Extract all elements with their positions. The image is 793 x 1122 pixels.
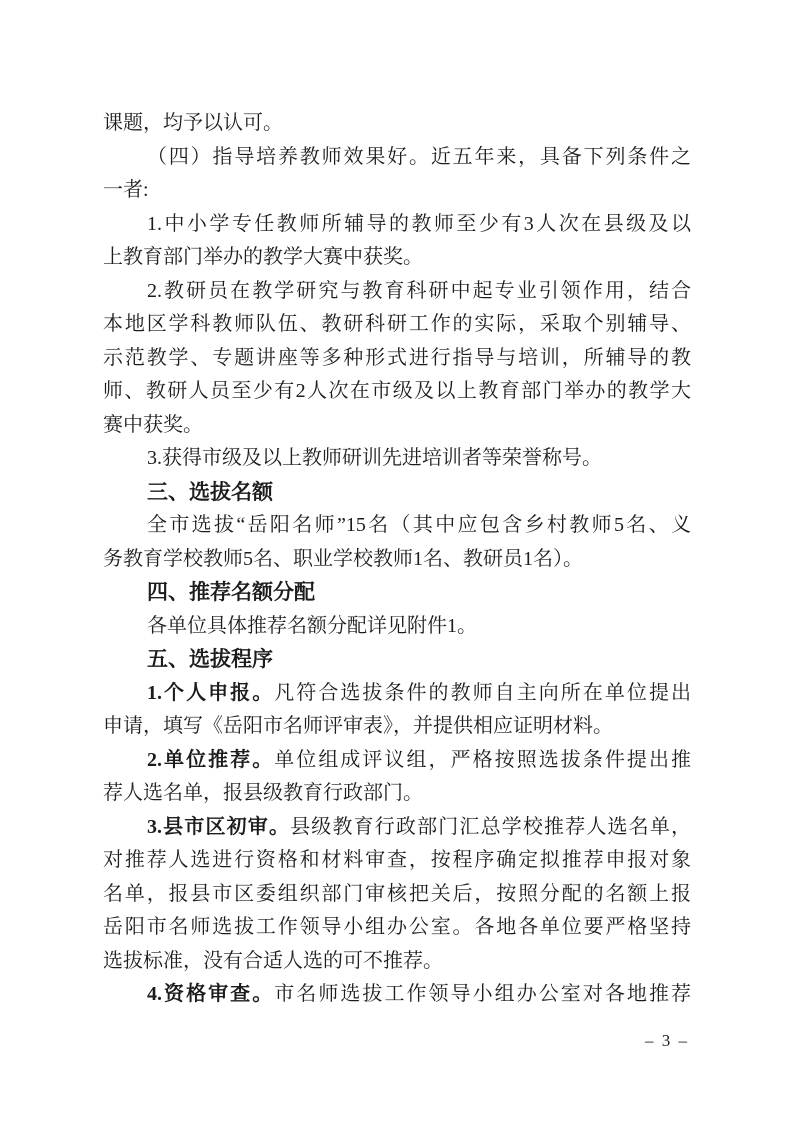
text-line: （四）指导培养教师效果好。近五年来，具备下列条件之	[103, 141, 691, 175]
text-line: 4.资格审查。市名师选拔工作领导小组办公室对各地推荐	[103, 978, 691, 1012]
document-page: 课题，均予以认可。 （四）指导培养教师效果好。近五年来，具备下列条件之 一者: …	[0, 0, 793, 1122]
text-line: 2.教研员在教学研究与教育科研中起专业引领作用，结合	[103, 275, 691, 309]
paragraph-lead: 4.资格审查。	[147, 983, 274, 1005]
text-line: 各单位具体推荐名额分配详见附件1。	[103, 610, 691, 644]
text-line: 3.县市区初审。县级教育行政部门汇总学校推荐人选名单，	[103, 811, 691, 845]
text-line: 上教育部门举办的教学大赛中获奖。	[103, 241, 691, 275]
text-line: 赛中获奖。	[103, 409, 691, 443]
section-heading: 五、选拔程序	[103, 643, 691, 677]
line-text: 县级教育行政部门汇总学校推荐人选名单，	[290, 816, 691, 838]
text-line: 岳阳市名师选拔工作领导小组办公室。各地各单位要严格坚持	[103, 911, 691, 945]
page-footer: – 3 –	[645, 1031, 689, 1051]
text-line: 1.个人申报。凡符合选拔条件的教师自主向所在单位提出	[103, 677, 691, 711]
paragraph-lead: 1.个人申报。	[147, 682, 274, 704]
text-line: 2.单位推荐。单位组成评议组，严格按照选拔条件提出推	[103, 744, 691, 778]
text-line: 荐人选名单，报县级教育行政部门。	[103, 777, 691, 811]
text-line: 一者:	[103, 174, 691, 208]
text-line: 示范教学、专题讲座等多种形式进行指导与培训，所辅导的教	[103, 342, 691, 376]
text-line: 3.获得市级及以上教师研训先进培训者等荣誉称号。	[103, 442, 691, 476]
document-body: 课题，均予以认可。 （四）指导培养教师效果好。近五年来，具备下列条件之 一者: …	[103, 107, 691, 1012]
text-line: 选拔标准，没有合适人选的可不推荐。	[103, 945, 691, 979]
line-text: 凡符合选拔条件的教师自主向所在单位提出	[274, 682, 691, 704]
section-heading: 四、推荐名额分配	[103, 576, 691, 610]
paragraph-lead: 2.单位推荐。	[147, 749, 274, 771]
text-line: 本地区学科教师队伍、教研科研工作的实际，采取个别辅导、	[103, 308, 691, 342]
line-text: 市名师选拔工作领导小组办公室对各地推荐	[274, 983, 691, 1005]
line-text: 单位组成评议组，严格按照选拔条件提出推	[274, 749, 691, 771]
text-line: 1.中小学专任教师所辅导的教师至少有3人次在县级及以	[103, 208, 691, 242]
text-line: 全市选拔“岳阳名师”15名（其中应包含乡村教师5名、义	[103, 509, 691, 543]
text-line: 名单，报县市区委组织部门审核把关后，按照分配的名额上报	[103, 878, 691, 912]
text-line: 务教育学校教师5名、职业学校教师1名、教研员1名）。	[103, 543, 691, 577]
page-number: – 3 –	[645, 1031, 689, 1050]
text-line: 申请，填写《岳阳市名师评审表》，并提供相应证明材料。	[103, 710, 691, 744]
paragraph-lead: 3.县市区初审。	[147, 816, 290, 838]
text-line: 对推荐人选进行资格和材料审查，按程序确定拟推荐申报对象	[103, 844, 691, 878]
section-heading: 三、选拔名额	[103, 476, 691, 510]
text-line: 师、教研人员至少有2人次在市级及以上教育部门举办的教学大	[103, 375, 691, 409]
text-line: 课题，均予以认可。	[103, 107, 691, 141]
